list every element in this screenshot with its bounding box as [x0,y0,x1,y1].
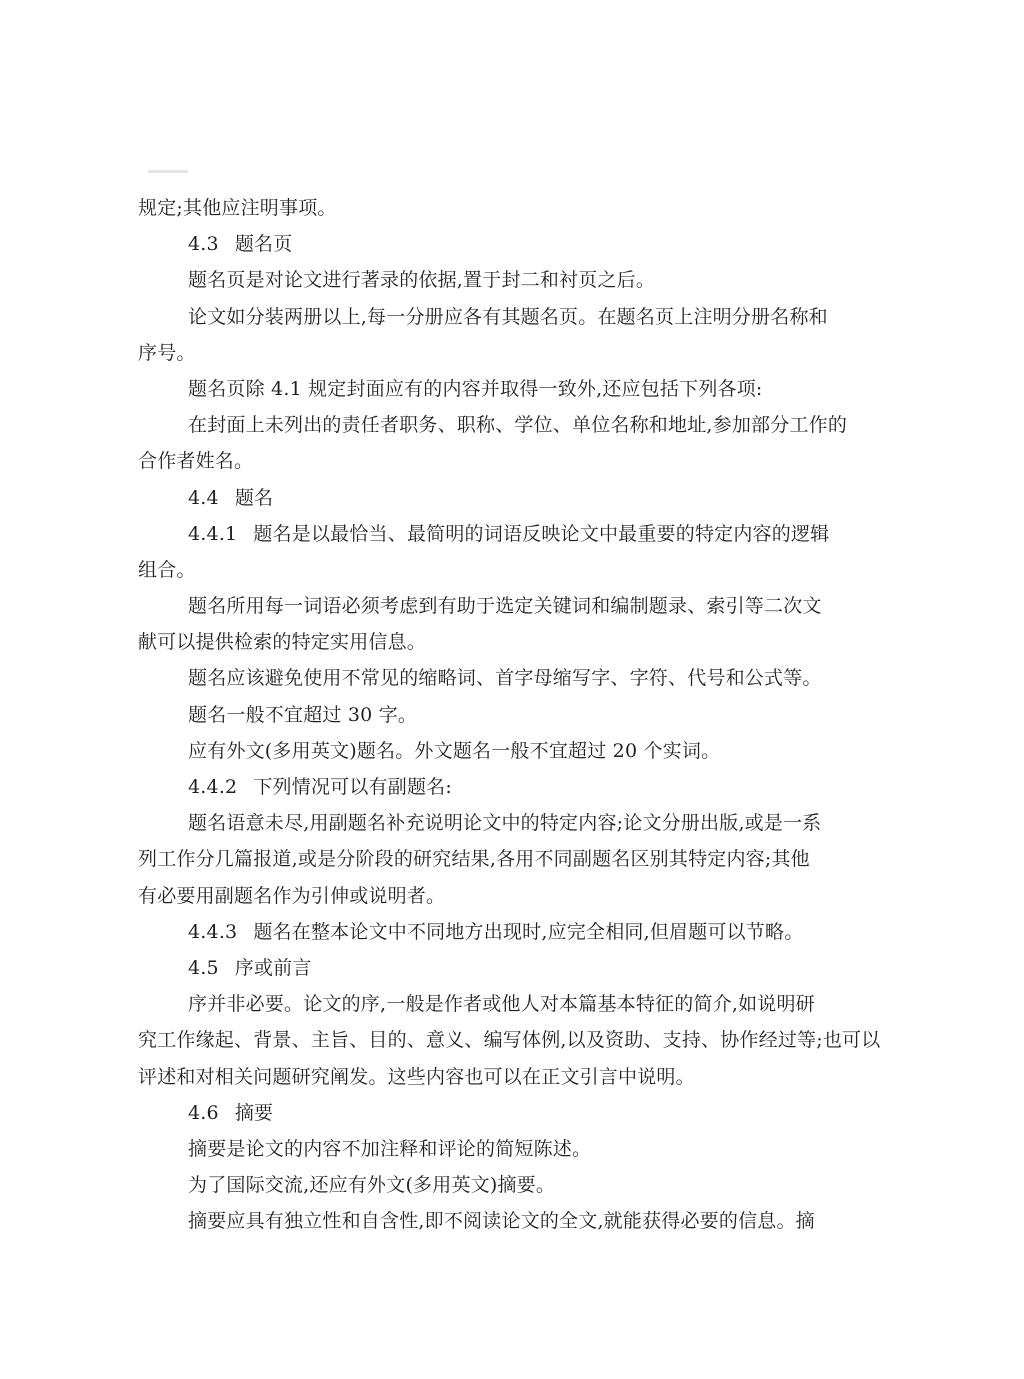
line-text: 摘要是论文的内容不加注释和评论的简短陈述。 [188,1138,591,1160]
line-text: 组合。 [138,559,196,581]
line-text: 应有外文(多用英文)题名。外文题名一般不宜超过 20 个实词。 [188,740,720,762]
paragraph-line: 题名页除 4.1 规定封面应有的内容并取得一致外,还应包括下列各项: [138,371,880,407]
paragraph-line: 序并非必要。论文的序,一般是作者或他人对本篇基本特征的简介,如说明研 [138,986,880,1022]
paragraph-line: 题名所用每一词语必须考虑到有助于选定关键词和编制题录、索引等二次文 [138,588,880,624]
line-text: 题名应该避免使用不常见的缩略词、首字母缩写字、字符、代号和公式等。 [188,667,822,689]
line-text: 有必要用副题名作为引伸或说明者。 [138,885,445,907]
paragraph-line: 摘要是论文的内容不加注释和评论的简短陈述。 [138,1131,880,1167]
line-text: 为了国际交流,还应有外文(多用英文)摘要。 [188,1174,555,1196]
paragraph-line: 序号。 [138,335,880,371]
scan-mark [148,170,188,173]
section-heading-4-4-1: 4.4.1题名是以最恰当、最简明的词语反映论文中最重要的特定内容的逻辑 [138,516,880,552]
paragraph-line: 有必要用副题名作为引伸或说明者。 [138,878,880,914]
line-text: 题名页是对论文进行著录的依据,置于封二和衬页之后。 [188,269,655,291]
line-text: 序号。 [138,342,196,364]
section-number: 4.4 [188,480,219,516]
section-title: 题名是以最恰当、最简明的词语反映论文中最重要的特定内容的逻辑 [253,523,829,545]
paragraph-line: 评述和对相关问题研究阐发。这些内容也可以在正文引言中说明。 [138,1059,880,1095]
section-heading-4-4-2: 4.4.2下列情况可以有副题名: [138,769,880,805]
line-text: 献可以提供检索的特定实用信息。 [138,631,426,653]
line-text: 序并非必要。论文的序,一般是作者或他人对本篇基本特征的简介,如说明研 [188,993,815,1015]
paragraph-line: 论文如分装两册以上,每一分册应各有其题名页。在题名页上注明分册名称和 [138,299,880,335]
line-text: 论文如分装两册以上,每一分册应各有其题名页。在题名页上注明分册名称和 [188,306,828,328]
section-heading-4-3: 4.3题名页 [138,226,880,262]
line-text: 题名语意未尽,用副题名补充说明论文中的特定内容;论文分册出版,或是一系 [188,812,821,834]
paragraph-line: 合作者姓名。 [138,443,880,479]
section-number: 4.4.1 [188,516,237,552]
paragraph-line: 究工作缘起、背景、主旨、目的、意义、编写体例,以及资助、支持、协作经过等;也可以 [138,1022,880,1058]
paragraph-line: 题名语意未尽,用副题名补充说明论文中的特定内容;论文分册出版,或是一系 [138,805,880,841]
paragraph-line: 题名一般不宜超过 30 字。 [138,697,880,733]
paragraph-line: 应有外文(多用英文)题名。外文题名一般不宜超过 20 个实词。 [138,733,880,769]
section-number: 4.4.2 [188,769,237,805]
line-text: 题名页除 4.1 规定封面应有的内容并取得一致外,还应包括下列各项: [188,378,763,400]
section-heading-4-4: 4.4题名 [138,480,880,516]
document-page: 规定;其他应注明事项。 4.3题名页 题名页是对论文进行著录的依据,置于封二和衬… [138,190,880,1239]
paragraph-line: 题名应该避免使用不常见的缩略词、首字母缩写字、字符、代号和公式等。 [138,660,880,696]
paragraph-line: 摘要应具有独立性和自含性,即不阅读论文的全文,就能获得必要的信息。摘 [138,1203,880,1239]
section-number: 4.3 [188,226,219,262]
section-heading-4-4-3: 4.4.3题名在整本论文中不同地方出现时,应完全相同,但眉题可以节略。 [138,914,880,950]
section-title: 下列情况可以有副题名: [253,776,452,798]
paragraph-line: 献可以提供检索的特定实用信息。 [138,624,880,660]
section-heading-4-6: 4.6摘要 [138,1095,880,1131]
line-text: 摘要应具有独立性和自含性,即不阅读论文的全文,就能获得必要的信息。摘 [188,1210,815,1232]
section-heading-4-5: 4.5序或前言 [138,950,880,986]
section-title: 序或前言 [235,957,312,979]
paragraph-line: 题名页是对论文进行著录的依据,置于封二和衬页之后。 [138,262,880,298]
paragraph-line: 组合。 [138,552,880,588]
line-text: 究工作缘起、背景、主旨、目的、意义、编写体例,以及资助、支持、协作经过等;也可以 [138,1029,880,1051]
section-title: 题名页 [235,233,293,255]
line-text: 在封面上未列出的责任者职务、职称、学位、单位名称和地址,参加部分工作的 [188,414,847,436]
section-number: 4.4.3 [188,914,237,950]
section-number: 4.5 [188,950,219,986]
paragraph-line: 规定;其他应注明事项。 [138,190,880,226]
line-text: 合作者姓名。 [138,450,253,472]
section-title: 题名 [235,487,273,509]
section-number: 4.6 [188,1095,219,1131]
section-title: 摘要 [235,1102,273,1124]
line-text: 评述和对相关问题研究阐发。这些内容也可以在正文引言中说明。 [138,1066,695,1088]
line-text: 题名一般不宜超过 30 字。 [188,704,417,726]
paragraph-line: 在封面上未列出的责任者职务、职称、学位、单位名称和地址,参加部分工作的 [138,407,880,443]
paragraph-line: 为了国际交流,还应有外文(多用英文)摘要。 [138,1167,880,1203]
line-text: 规定;其他应注明事项。 [138,197,337,219]
section-title: 题名在整本论文中不同地方出现时,应完全相同,但眉题可以节略。 [253,921,803,943]
paragraph-line: 列工作分几篇报道,或是分阶段的研究结果,各用不同副题名区别其特定内容;其他 [138,841,880,877]
line-text: 题名所用每一词语必须考虑到有助于选定关键词和编制题录、索引等二次文 [188,595,822,617]
line-text: 列工作分几篇报道,或是分阶段的研究结果,各用不同副题名区别其特定内容;其他 [138,848,810,870]
